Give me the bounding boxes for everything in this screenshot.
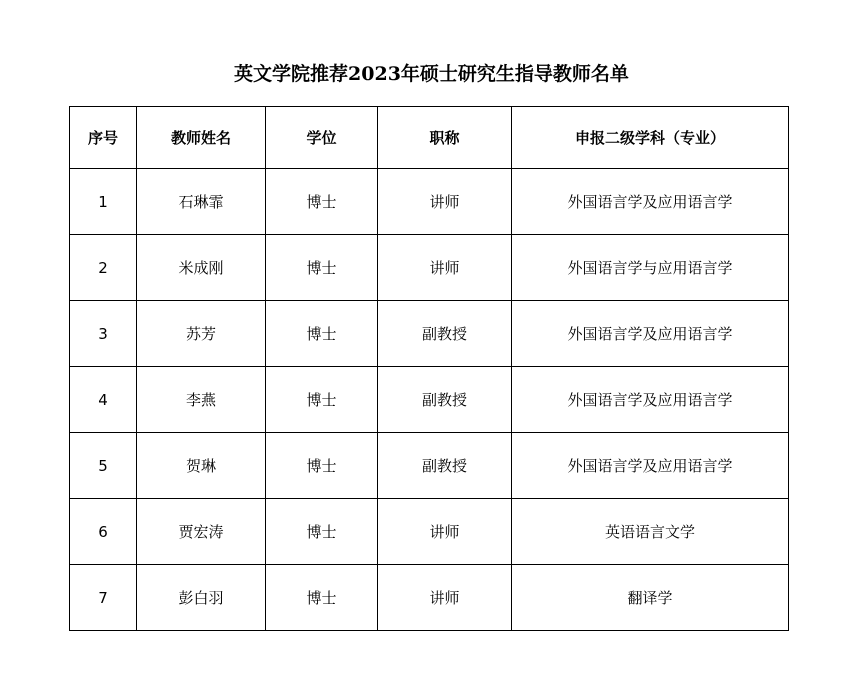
- cell-discipline: 外国语言学及应用语言学: [512, 367, 789, 433]
- cell-degree: 博士: [266, 565, 378, 631]
- header-index: 序号: [70, 107, 137, 169]
- table-row: 5 贺琳 博士 副教授 外国语言学及应用语言学: [70, 433, 789, 499]
- header-name: 教师姓名: [137, 107, 266, 169]
- cell-discipline: 外国语言学及应用语言学: [512, 433, 789, 499]
- cell-name: 彭白羽: [137, 565, 266, 631]
- cell-title: 副教授: [378, 433, 512, 499]
- cell-index: 2: [70, 235, 137, 301]
- cell-degree: 博士: [266, 499, 378, 565]
- table-row: 4 李燕 博士 副教授 外国语言学及应用语言学: [70, 367, 789, 433]
- cell-discipline: 外国语言学及应用语言学: [512, 169, 789, 235]
- header-title: 职称: [378, 107, 512, 169]
- cell-degree: 博士: [266, 367, 378, 433]
- table-row: 7 彭白羽 博士 讲师 翻译学: [70, 565, 789, 631]
- cell-name: 贾宏涛: [137, 499, 266, 565]
- cell-title: 副教授: [378, 301, 512, 367]
- cell-discipline: 英语语言文学: [512, 499, 789, 565]
- cell-name: 贺琳: [137, 433, 266, 499]
- cell-degree: 博士: [266, 169, 378, 235]
- cell-title: 副教授: [378, 367, 512, 433]
- cell-degree: 博士: [266, 235, 378, 301]
- cell-title: 讲师: [378, 169, 512, 235]
- table-header-row: 序号 教师姓名 学位 职称 申报二级学科（专业）: [70, 107, 789, 169]
- cell-title: 讲师: [378, 565, 512, 631]
- document-title: 英文学院推荐2023年硕士研究生指导教师名单: [0, 61, 863, 87]
- table-row: 2 米成刚 博士 讲师 外国语言学与应用语言学: [70, 235, 789, 301]
- cell-discipline: 外国语言学与应用语言学: [512, 235, 789, 301]
- table-row: 6 贾宏涛 博士 讲师 英语语言文学: [70, 499, 789, 565]
- cell-index: 3: [70, 301, 137, 367]
- cell-title: 讲师: [378, 499, 512, 565]
- cell-title: 讲师: [378, 235, 512, 301]
- cell-degree: 博士: [266, 301, 378, 367]
- cell-index: 4: [70, 367, 137, 433]
- cell-index: 6: [70, 499, 137, 565]
- cell-name: 米成刚: [137, 235, 266, 301]
- cell-discipline: 翻译学: [512, 565, 789, 631]
- advisor-table: 序号 教师姓名 学位 职称 申报二级学科（专业） 1 石琳霏 博士 讲师 外国语…: [69, 106, 789, 631]
- cell-name: 李燕: [137, 367, 266, 433]
- table-row: 1 石琳霏 博士 讲师 外国语言学及应用语言学: [70, 169, 789, 235]
- cell-discipline: 外国语言学及应用语言学: [512, 301, 789, 367]
- cell-name: 石琳霏: [137, 169, 266, 235]
- cell-index: 5: [70, 433, 137, 499]
- cell-degree: 博士: [266, 433, 378, 499]
- cell-name: 苏芳: [137, 301, 266, 367]
- header-degree: 学位: [266, 107, 378, 169]
- table-row: 3 苏芳 博士 副教授 外国语言学及应用语言学: [70, 301, 789, 367]
- header-discipline: 申报二级学科（专业）: [512, 107, 789, 169]
- cell-index: 1: [70, 169, 137, 235]
- cell-index: 7: [70, 565, 137, 631]
